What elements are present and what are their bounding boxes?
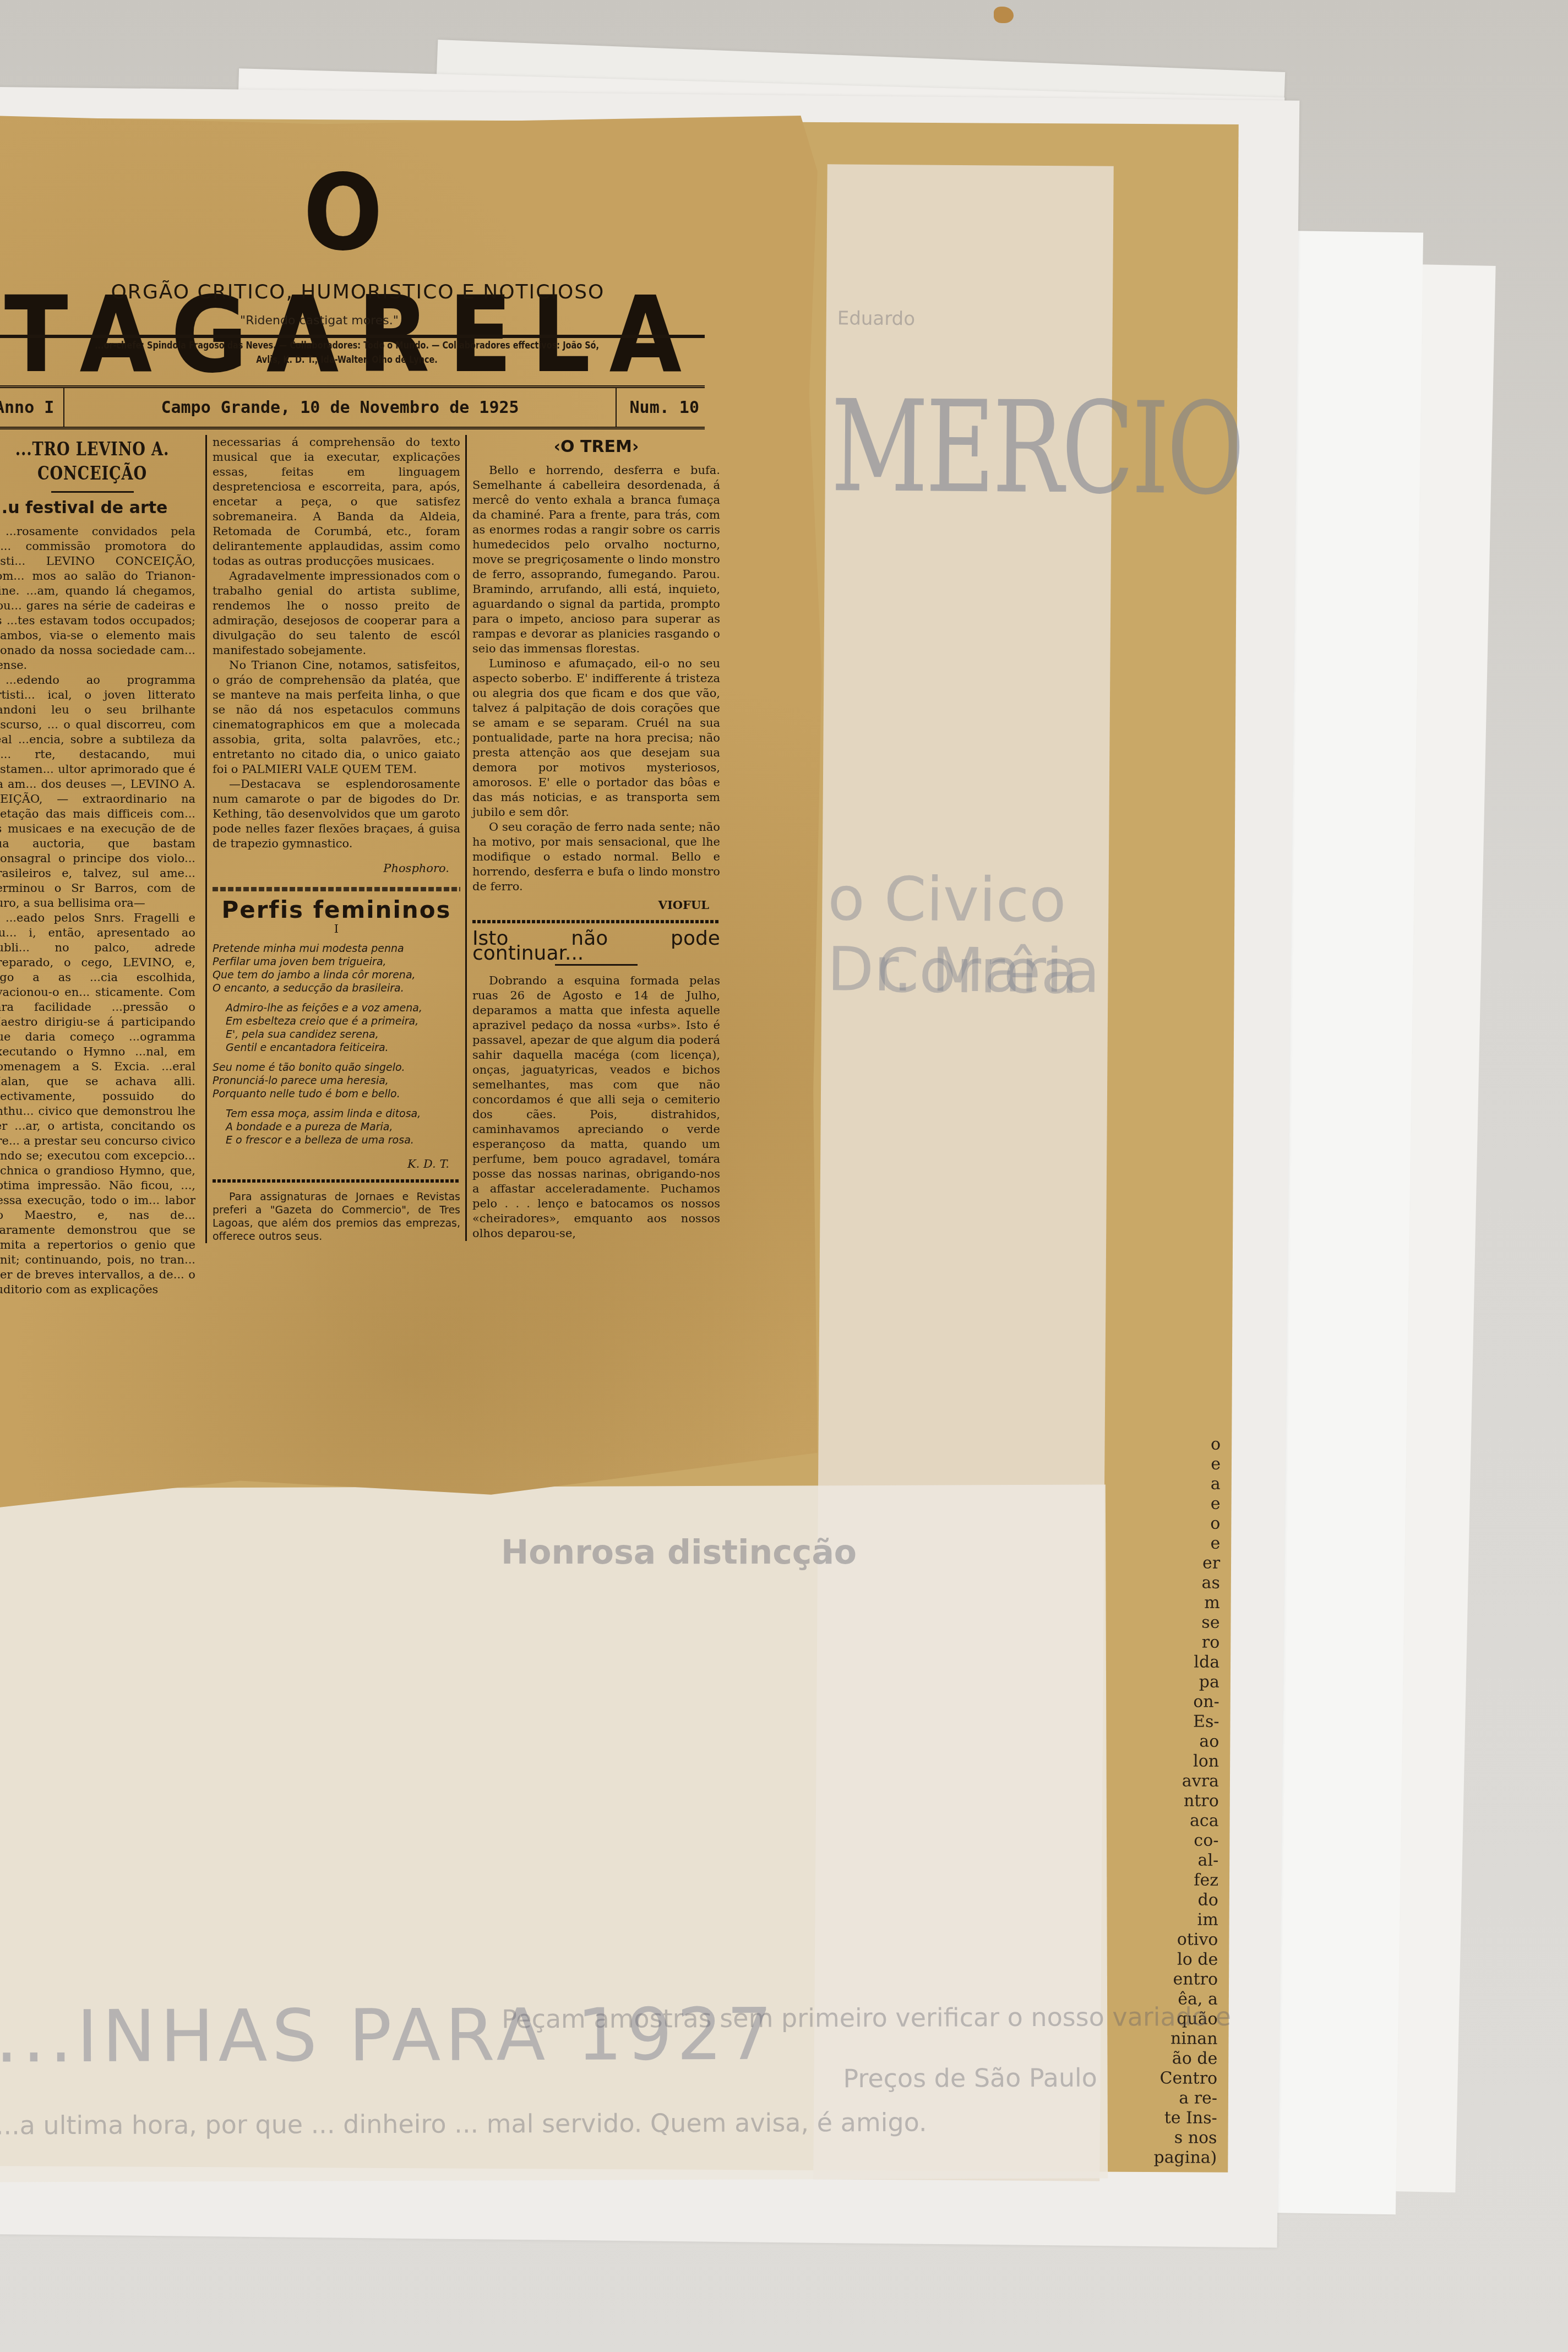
article-paragraph: ...eado pelos Snrs. Fragelli e Du... i, … [0, 911, 195, 1297]
edge-fragment: ntro [1153, 1791, 1219, 1811]
edge-fragment: Es- [1153, 1712, 1219, 1732]
article-paragraph: Bello e horrendo, desferra e bufa. Semel… [472, 463, 720, 656]
headline-levino: ...TRO LEVINO A. CONCEIÇÃO [10, 437, 175, 486]
poem-line: Perfilar uma joven bem trigueira, [213, 955, 460, 968]
edge-fragment: ninan [1151, 2029, 1217, 2049]
edge-fragment: e [1155, 1454, 1221, 1474]
poem-line: Que tem do jambo a linda côr morena, [213, 968, 460, 982]
article-paragraph: —Destacava se esplendorosamente num cama… [213, 777, 460, 851]
issue-date-bar: Anno I Campo Grande, 10 de Novembro de 1… [0, 385, 705, 429]
edge-fragment: al- [1152, 1850, 1218, 1871]
poem-numeral: I [213, 922, 460, 937]
subheadline-festival: ...u festival de arte [0, 500, 195, 515]
signature-kdt: K. D. T. [213, 1157, 449, 1172]
edge-fragment: avra [1153, 1771, 1219, 1792]
article-paragraph: Luminoso e afumaçado, eil-o no seu aspec… [472, 656, 720, 820]
poem-stanza: Admiro-lhe as feições e a voz amena,Em e… [213, 1001, 460, 1054]
ghost-bottom-text-1: Peçam amostras sem primeiro verificar o … [502, 2002, 1231, 2034]
article-paragraph: necessarias á comprehensão do texto musi… [213, 435, 460, 569]
signature-vioful: VIOFUL [472, 897, 709, 912]
edge-fragment: lo de [1152, 1950, 1218, 1970]
issue-year: Anno I [0, 388, 64, 427]
edge-fragment: er [1154, 1553, 1220, 1574]
divider-dotted [213, 1179, 460, 1183]
poem-stanza: Tem essa moça, assim linda e ditosa,A bo… [213, 1107, 460, 1147]
masthead-motto: "Ridendo castigat mores." [154, 314, 484, 328]
edge-fragment: o [1154, 1513, 1220, 1534]
headline-o-trem: ‹O TREM› [472, 439, 720, 454]
poem-line: Tem essa moça, assim linda e ditosa, [226, 1107, 460, 1120]
edge-fragment: pa [1153, 1672, 1219, 1692]
poem-line: Seu nome é tão bonito quão singelo. [213, 1061, 460, 1074]
poem: Pretende minha mui modesta pennaPerfilar… [213, 942, 460, 1147]
article-paragraph: No Trianon Cine, notamos, satisfeitos, o… [213, 658, 460, 777]
ghost-bottom-text-3: ...a ultima hora, por que ... dinheiro .… [0, 2108, 927, 2141]
poem-line: E o frescor e a belleza de uma rosa. [226, 1134, 460, 1147]
column-2: necessarias á comprehensão do texto musi… [205, 435, 460, 1243]
article-paragraph: Agradavelmente impressionados com o trab… [213, 569, 460, 658]
edge-fragment: ao [1153, 1732, 1219, 1752]
edge-fragment: a re- [1151, 2088, 1217, 2109]
edge-fragment: Centro [1151, 2068, 1217, 2089]
headline-isto-nao-pode-continuar: Isto não pode continuar... [472, 931, 720, 961]
ghost-bottom-text-2: Preços de São Paulo [843, 2063, 1097, 2094]
column-3: ‹O TREM› Bello e horrendo, desferra e bu… [465, 435, 720, 1241]
masthead-subtitle: ORGÃO CRITICO, HUMORISTICO E NOTICIOSO [55, 281, 661, 303]
poem-line: E', pela sua candidez serena, [226, 1028, 460, 1041]
edge-fragment: e [1155, 1494, 1221, 1514]
divider-wavy [213, 887, 460, 891]
edge-fragment: fez [1152, 1870, 1218, 1891]
poem-line: Porquanto nelle tudo é bom e bello. [213, 1087, 460, 1101]
edge-fragment: pagina) [1151, 2148, 1217, 2168]
issue-date: Campo Grande, 10 de Novembro de 1925 [64, 398, 616, 417]
edge-fragment: on- [1153, 1692, 1219, 1712]
edge-text-fragments: oeaeoeerasmseroldapaon-Es-aolonavrantroa… [1151, 1434, 1221, 2168]
edge-fragment: m [1154, 1593, 1220, 1613]
advertisement-gazeta: Para assignaturas de Jornaes e Revistas … [213, 1190, 460, 1243]
ghost-headline-honrosa: Honrosa distincção [501, 1533, 857, 1572]
article-paragraph: Dobrando a esquina formada pelas ruas 26… [472, 973, 720, 1241]
edge-fragment: a [1155, 1474, 1221, 1494]
edge-fragment: lda [1153, 1652, 1219, 1673]
masthead-rule [0, 335, 705, 338]
edge-fragment: lon [1153, 1751, 1219, 1772]
poem-line: A bondade e a pureza de Maria, [226, 1120, 460, 1134]
staff-credits: ...or-chefe: Spindola Fragoso das Neves.… [43, 339, 651, 367]
ghost-mast-small: Eduardo [837, 307, 915, 330]
edge-fragment: aca [1152, 1811, 1218, 1831]
poem-line: Pronunciá-lo parece uma heresia, [213, 1074, 460, 1087]
edge-fragment: ão de [1151, 2049, 1217, 2069]
divider [51, 491, 134, 493]
issue-number: Num. 10 [616, 388, 705, 427]
article-paragraph: O seu coração de ferro nada sente; não h… [472, 820, 720, 894]
edge-fragment: o [1155, 1434, 1221, 1455]
poem-line: Gentil e encantadora feiticeira. [226, 1041, 460, 1054]
edge-fragment: co- [1152, 1831, 1218, 1851]
ghost-masthead: MERCIO [830, 373, 1243, 523]
headline-perfis-femininos: Perfis femininos [213, 902, 460, 917]
edge-fragment: se [1153, 1613, 1219, 1633]
signature-phosphoro: Phosphoro. [213, 861, 449, 876]
edge-fragment: s nos [1151, 2128, 1217, 2148]
edge-fragment: im [1152, 1910, 1218, 1930]
edge-fragment: do [1152, 1890, 1218, 1910]
newspaper-front-page: O TAGARELA ORGÃO CRITICO, HUMORISTICO E … [0, 116, 826, 1509]
column-1: ...TRO LEVINO A. CONCEIÇÃO ...u festival… [0, 435, 195, 1297]
translucent-overlay-sheet-lower: ...INHAS PARA 1927 Peçam amostras sem pr… [0, 1484, 1108, 2182]
edge-fragment: te Ins- [1151, 2108, 1217, 2128]
edge-fragment: ro [1153, 1632, 1219, 1653]
article-paragraph: ...edendo ao programma artisti... ical, … [0, 673, 195, 911]
staff-line-2: Avlis, K. D. T., Ida-Walter, Olho de Lyn… [43, 353, 651, 367]
edge-fragment: otivo [1152, 1930, 1218, 1950]
poem-line: Em esbelteza creio que é a primeira, [226, 1015, 460, 1028]
poem-stanza: Pretende minha mui modesta pennaPerfilar… [213, 942, 460, 995]
edge-fragment: as [1154, 1573, 1220, 1593]
poem-line: Pretende minha mui modesta penna [213, 942, 460, 955]
poem-line: Admiro-lhe as feições e a voz amena, [226, 1001, 460, 1015]
edge-fragment: e [1154, 1533, 1220, 1554]
divider-dotted [472, 920, 720, 923]
poem-line: O encanto, a seducção da brasileira. [213, 982, 460, 995]
paper-fragment [994, 7, 1014, 23]
poem-stanza: Seu nome é tão bonito quão singelo.Pronu… [213, 1061, 460, 1101]
ghost-subtitle-2: Corrêa [876, 935, 1078, 1008]
edge-fragment: entro [1152, 1969, 1218, 1990]
staff-line-1: ...or-chefe: Spindola Fragoso das Neves.… [43, 339, 651, 353]
article-paragraph: ...rosamente convidados pela di... commi… [0, 524, 195, 673]
